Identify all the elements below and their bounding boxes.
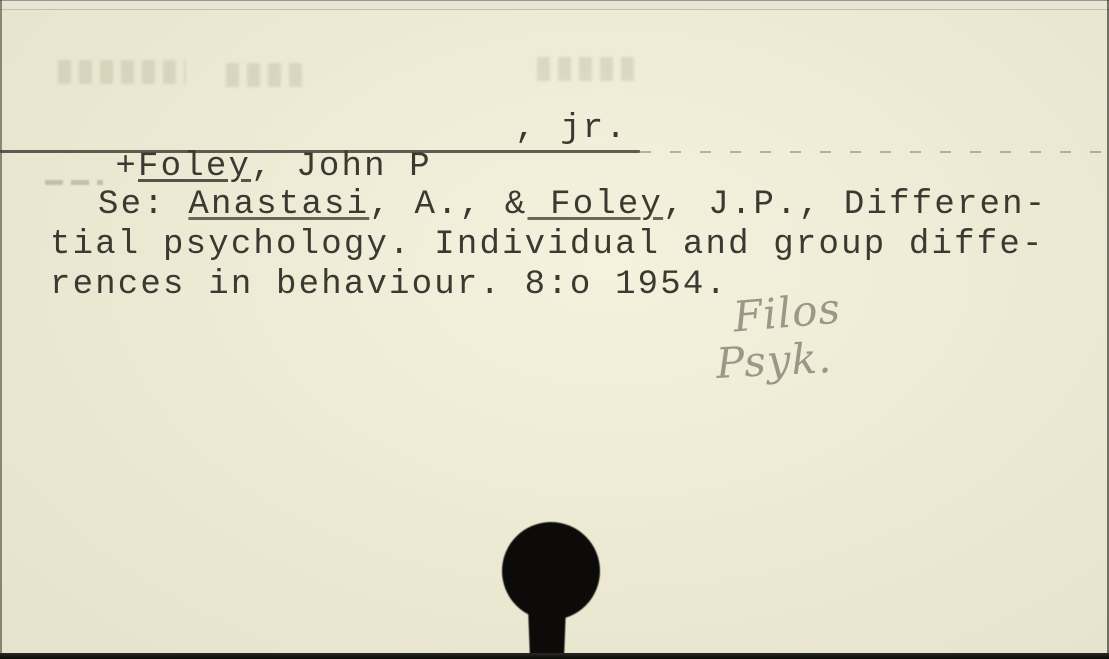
author-anastasi: Anastasi (188, 186, 369, 224)
scan-bottom-band (0, 653, 1109, 659)
reference-line-2: tial psychology. Individual and group di… (50, 225, 1070, 265)
heading-rule-line (0, 150, 640, 153)
ghost-bleedthrough-fragment (58, 60, 186, 84)
reference-line-3: rences in behaviour. 8:o 1954. (50, 265, 1070, 305)
ghost-bleedthrough-fragment (537, 57, 639, 81)
card-left-edge (0, 0, 2, 659)
reference-line-1: Se: Anastasi, A., & Foley, J.P., Differe… (50, 185, 1070, 225)
punch-hole (495, 515, 607, 659)
card-top-edge (0, 0, 1109, 10)
heading-rule-line-faint (640, 151, 1109, 153)
title-start: , J.P., Differen- (663, 186, 1047, 224)
heading-given-name: , John P (251, 148, 432, 186)
see-label: Se: (98, 186, 188, 224)
author-foley: Foley (527, 186, 663, 224)
reference-text: Se: Anastasi, A., & Foley, J.P., Differe… (50, 185, 1070, 305)
heading-suffix-jr: , jr. (515, 110, 628, 148)
ghost-bleedthrough-fragment (226, 63, 304, 87)
heading-prefix: + (115, 148, 138, 186)
author-initials: , A., & (369, 186, 527, 224)
catalog-card: +Foley, John P , jr. Se: Anastasi, A., &… (0, 0, 1109, 659)
heading-surname: Foley (138, 148, 251, 186)
pencil-note-psyk: Psyk. (715, 333, 834, 388)
